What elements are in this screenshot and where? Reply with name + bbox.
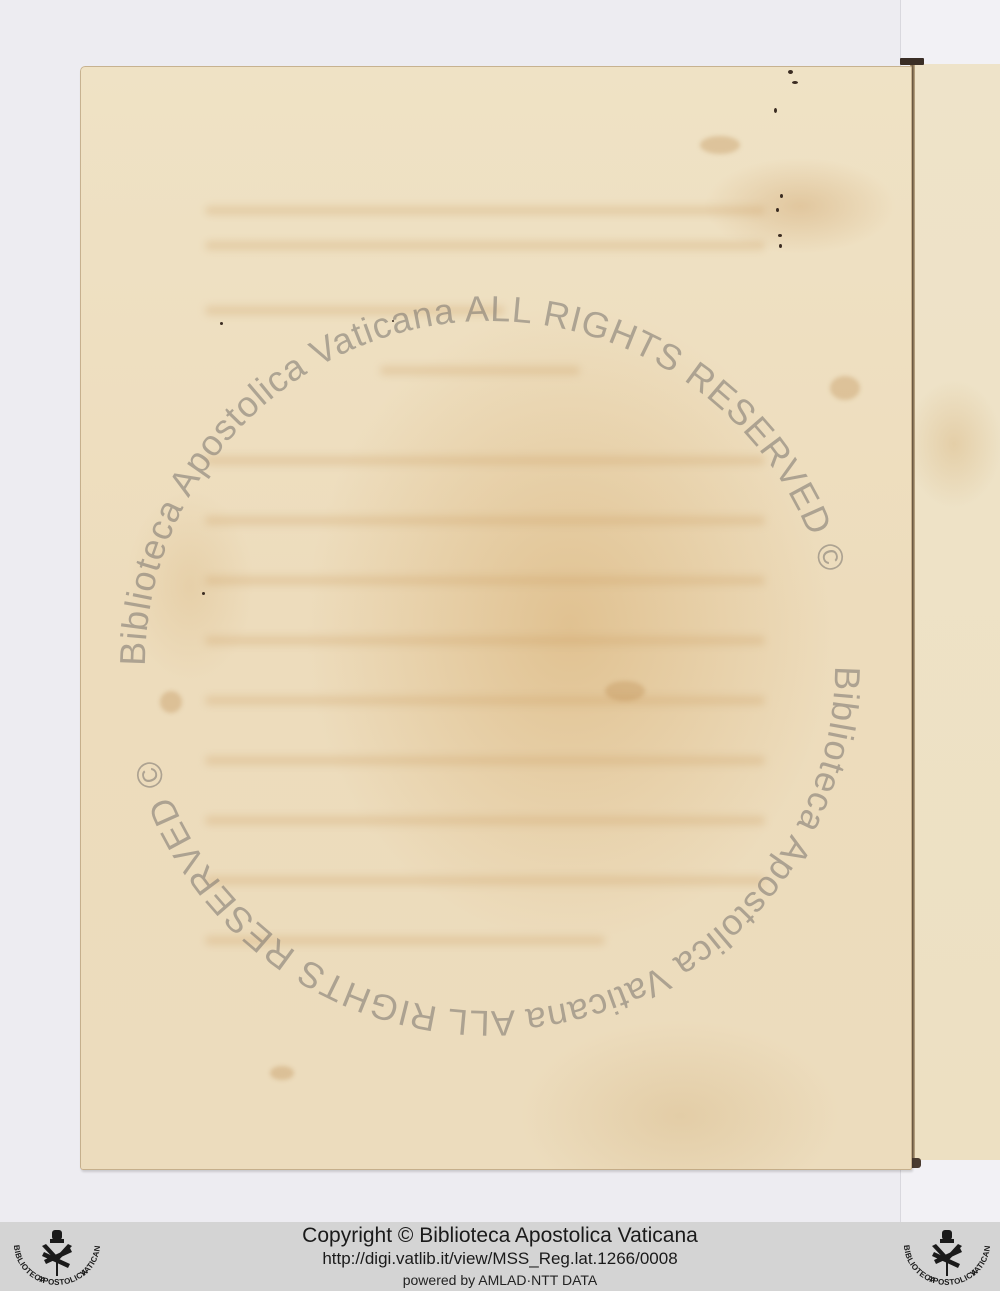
bleed-through-line [205,241,765,250]
ink-spot [774,108,777,113]
papal-coat-of-arms-icon: BIBLIOTECA APOSTOLICA VATICANA [892,1224,1000,1290]
manuscript-page [80,66,912,1170]
bleed-through-line [205,696,765,705]
ink-spot [788,70,793,74]
ink-spot [780,194,783,198]
ink-spot [220,322,223,325]
ink-spot [779,244,782,248]
foxing-stain [270,1066,294,1080]
bleed-through-line [205,936,605,945]
bleed-through-line [205,756,765,765]
bleed-through-line [205,206,765,215]
bleed-through-line [205,306,505,315]
foxing-stain [700,136,740,154]
ink-spot [776,208,779,212]
foxing-stain [605,681,645,701]
foxing-stain [160,691,182,713]
binding-tab-top [900,58,924,65]
scan-viewport: Biblioteca Apostolica Vaticana ALL RIGHT… [0,0,1000,1222]
bleed-through-line [205,576,765,585]
permalink-url[interactable]: http://digi.vatlib.it/view/MSS_Reg.lat.1… [0,1249,1000,1269]
bleed-through-line [380,366,580,375]
copyright-text: Copyright © Biblioteca Apostolica Vatica… [0,1224,1000,1248]
ink-spot [202,592,205,595]
ink-spot [792,81,798,84]
bleed-through-line [205,876,765,885]
copyright-footer: BIBLIOTECA APOSTOLICA VATICANA Copyright… [0,1222,1000,1291]
ink-spot [392,320,394,322]
bleed-through-line [205,816,765,825]
foxing-stain [830,376,860,400]
ink-spot [778,234,782,237]
bleed-through-line [205,516,765,525]
facing-page-edge [914,64,1000,1160]
bleed-through-line [205,456,765,465]
powered-by-text: powered by AMLAD·NTT DATA [0,1271,1000,1289]
bleed-through-line [205,636,765,645]
